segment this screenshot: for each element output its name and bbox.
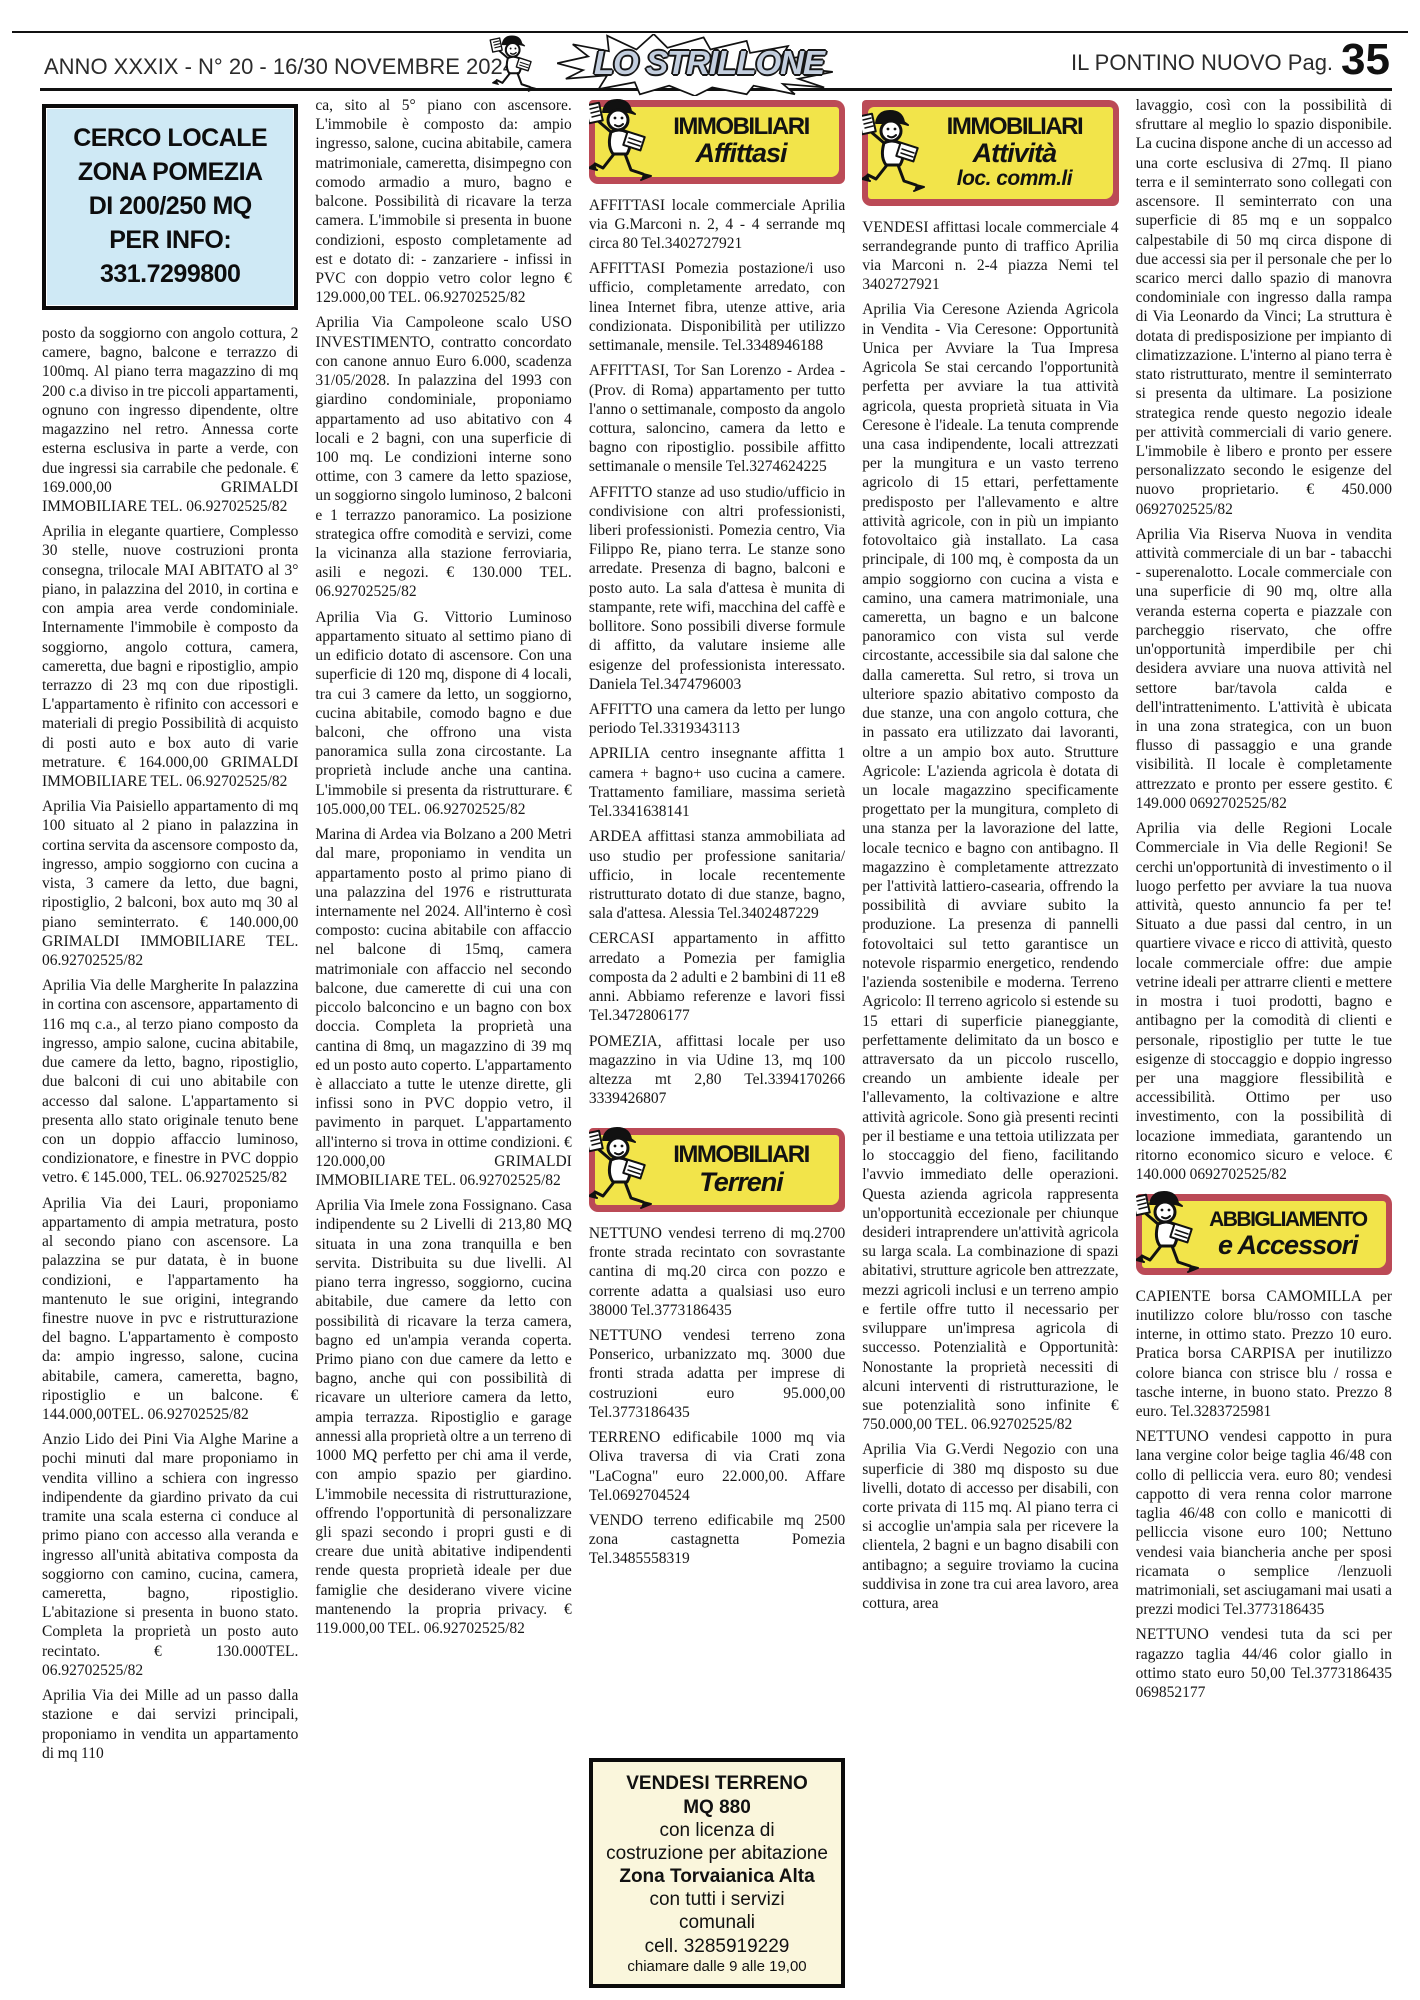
classified-ad: Aprilia Via Campoleone scalo USO INVESTI… bbox=[315, 313, 571, 601]
classified-ad: POMEZIA, affittasi locale per uso magazz… bbox=[589, 1032, 845, 1109]
cerco-box-line: ZONA POMEZIA bbox=[48, 156, 292, 188]
classified-ad: Aprilia Via Imele zona Fossignano. Casa … bbox=[315, 1196, 571, 1638]
classifieds-columns: CERCO LOCALEZONA POMEZIADI 200/250 MQPER… bbox=[42, 96, 1392, 1988]
classified-ad: Aprilia Via delle Margherite In palazzin… bbox=[42, 976, 298, 1187]
vendesi-terreno-line: VENDESI TERRENO bbox=[597, 1772, 837, 1795]
edition-info: ANNO XXXIX - N° 20 - 16/30 NOVEMBRE 2024 bbox=[44, 54, 515, 80]
section-header-immobiliari-terreni: IMMOBILIARI Terreni bbox=[589, 1128, 845, 1212]
section-title: IMMOBILIARI bbox=[920, 115, 1108, 139]
classified-ad: Aprilia Via Riserva Nuova in vendita att… bbox=[1136, 525, 1392, 813]
classified-ad: NETTUNO vendesi cappotto in pura lana ve… bbox=[1136, 1427, 1392, 1619]
classified-ad: Anzio Lido dei Pini Via Alghe Marine a p… bbox=[42, 1430, 298, 1680]
classified-ad: Aprilia Via G.Verdi Negozio con una supe… bbox=[862, 1440, 1118, 1613]
classified-ad: Aprilia via delle Regioni Locale Commerc… bbox=[1136, 819, 1392, 1184]
classified-ad: ARDEA affittasi stanza ammobiliata ad us… bbox=[589, 827, 845, 923]
vendesi-terreno-ad-box: VENDESI TERRENOMQ 880con licenza dicostr… bbox=[589, 1758, 845, 1988]
newsboy-icon bbox=[589, 1122, 653, 1218]
classified-ad: ca, sito al 5° piano con ascensore. L'im… bbox=[315, 96, 571, 307]
classified-ad: Aprilia Via Ceresone Azienda Agricola in… bbox=[862, 300, 1118, 1434]
classified-ad: AFFITTASI Pomezia postazione/i uso uffic… bbox=[589, 259, 845, 355]
classified-ad: NETTUNO vendesi terreno di mq.2700 front… bbox=[589, 1224, 845, 1320]
newspaper-name: IL PONTINO NUOVO Pag. bbox=[1071, 50, 1333, 80]
cerco-box-line: DI 200/250 MQ bbox=[48, 190, 292, 222]
classified-ad: CAPIENTE borsa CAMOMILLA per inutilizzo … bbox=[1136, 1287, 1392, 1422]
business-ads-continued: lavaggio, così con la possibilità di sfr… bbox=[1136, 96, 1392, 1190]
vendesi-terreno-line: cell. 3285919229 bbox=[597, 1935, 837, 1958]
classified-ad: Aprilia Via G. Vittorio Luminoso apparta… bbox=[315, 608, 571, 819]
lo-strillone-logo: LO STRILLONE bbox=[455, 30, 875, 98]
column-3: IMMOBILIARI Affittasi AFFITTASI locale c… bbox=[589, 96, 845, 1988]
newsboy-icon bbox=[589, 96, 653, 190]
section-title: IMMOBILIARI bbox=[647, 1143, 835, 1167]
business-ads: VENDESI affittasi locale commerciale 4 s… bbox=[862, 218, 1118, 1620]
classified-ad: VENDESI affittasi locale commerciale 4 s… bbox=[862, 218, 1118, 295]
masthead-right: IL PONTINO NUOVO Pag. 35 bbox=[1071, 40, 1390, 80]
real-estate-ads: ca, sito al 5° piano con ascensore. L'im… bbox=[315, 96, 571, 1644]
vendesi-terreno-line: chiamare dalle 9 alle 19,00 bbox=[597, 1958, 837, 1976]
classified-ad: TERRENO edificabile 1000 mq via Oliva tr… bbox=[589, 1428, 845, 1505]
section-title: IMMOBILIARI bbox=[647, 115, 835, 139]
classified-ad: lavaggio, così con la possibilità di sfr… bbox=[1136, 96, 1392, 519]
newspaper-page: { "header": { "left": "ANNO XXXIX - N° 2… bbox=[0, 0, 1420, 2000]
column-4: IMMOBILIARI Attività loc. comm.li VENDES… bbox=[862, 96, 1118, 1988]
classified-ad: APRILIA centro insegnante affitta 1 came… bbox=[589, 744, 845, 821]
section-header-immobiliari-affittasi: IMMOBILIARI Affittasi bbox=[589, 100, 845, 184]
newsboy-icon bbox=[862, 105, 926, 201]
vendesi-terreno-line: costruzione per abitazione bbox=[597, 1842, 837, 1865]
section-header-immobiliari-attivita: IMMOBILIARI Attività loc. comm.li bbox=[862, 100, 1118, 206]
classified-ad: AFFITTO una camera da letto per lungo pe… bbox=[589, 700, 845, 738]
clothing-ads: CAPIENTE borsa CAMOMILLA per inutilizzo … bbox=[1136, 1287, 1392, 1709]
classified-ad: Aprilia Via dei Mille ad un passo dalla … bbox=[42, 1686, 298, 1763]
vendesi-terreno-line: con licenza di bbox=[597, 1819, 837, 1842]
vendesi-terreno-line: Zona Torvaianica Alta bbox=[597, 1865, 837, 1888]
vendesi-terreno-line: MQ 880 bbox=[597, 1796, 837, 1819]
logo-title: LO STRILLONE bbox=[559, 44, 859, 82]
section-subtitle-2: loc. comm.li bbox=[920, 168, 1108, 190]
classified-ad: NETTUNO vendesi tuta da sci per ragazzo … bbox=[1136, 1625, 1392, 1702]
cerco-box-line: CERCO LOCALE bbox=[48, 122, 292, 154]
classified-ad: Aprilia in elegante quartiere, Complesso… bbox=[42, 522, 298, 791]
column-2: ca, sito al 5° piano con ascensore. L'im… bbox=[315, 96, 571, 1988]
real-estate-ads: posto da soggiorno con angolo cottura, 2… bbox=[42, 324, 298, 1769]
classified-ad: AFFITTASI, Tor San Lorenzo - Ardea - (Pr… bbox=[589, 361, 845, 476]
page-number: 35 bbox=[1341, 40, 1390, 80]
rental-ads: AFFITTASI locale commerciale Aprilia via… bbox=[589, 196, 845, 1115]
land-ads: NETTUNO vendesi terreno di mq.2700 front… bbox=[589, 1224, 845, 1575]
newsboy-icon bbox=[1136, 1186, 1200, 1282]
classified-ad: posto da soggiorno con angolo cottura, 2… bbox=[42, 324, 298, 516]
section-subtitle: e Accessori bbox=[1194, 1231, 1382, 1259]
classified-ad: AFFITTASI locale commerciale Aprilia via… bbox=[589, 196, 845, 254]
cerco-box-line: PER INFO: bbox=[48, 224, 292, 256]
section-title: ABBIGLIAMENTO bbox=[1194, 1209, 1382, 1230]
column-1: CERCO LOCALEZONA POMEZIADI 200/250 MQPER… bbox=[42, 96, 298, 1988]
section-header-abbigliamento: ABBIGLIAMENTO e Accessori bbox=[1136, 1194, 1392, 1274]
classified-ad: Aprilia Via Paisiello appartamento di mq… bbox=[42, 797, 298, 970]
classified-ad: Aprilia Via dei Lauri, proponiamo appart… bbox=[42, 1194, 298, 1425]
vendesi-terreno-line: con tutti i servizi bbox=[597, 1888, 837, 1911]
classified-ad: Marina di Ardea via Bolzano a 200 Metri … bbox=[315, 825, 571, 1190]
classified-ad: NETTUNO vendesi terreno zona Ponserico, … bbox=[589, 1326, 845, 1422]
cerco-box-line: 331.7299800 bbox=[48, 258, 292, 290]
newsboy-icon bbox=[473, 32, 551, 98]
classified-ad: CERCASI appartamento in affitto arredato… bbox=[589, 929, 845, 1025]
column-5: lavaggio, così con la possibilità di sfr… bbox=[1136, 96, 1392, 1988]
classified-ad: AFFITTO stanze ad uso studio/ufficio in … bbox=[589, 483, 845, 694]
section-subtitle: Terreni bbox=[647, 1168, 835, 1196]
cerco-locale-ad-box: CERCO LOCALEZONA POMEZIADI 200/250 MQPER… bbox=[42, 104, 298, 310]
section-subtitle: Affittasi bbox=[647, 139, 835, 167]
vendesi-terreno-line: comunali bbox=[597, 1911, 837, 1934]
section-subtitle: Attività bbox=[920, 139, 1108, 167]
classified-ad: VENDO terreno edificabile mq 2500 zona c… bbox=[589, 1511, 845, 1569]
